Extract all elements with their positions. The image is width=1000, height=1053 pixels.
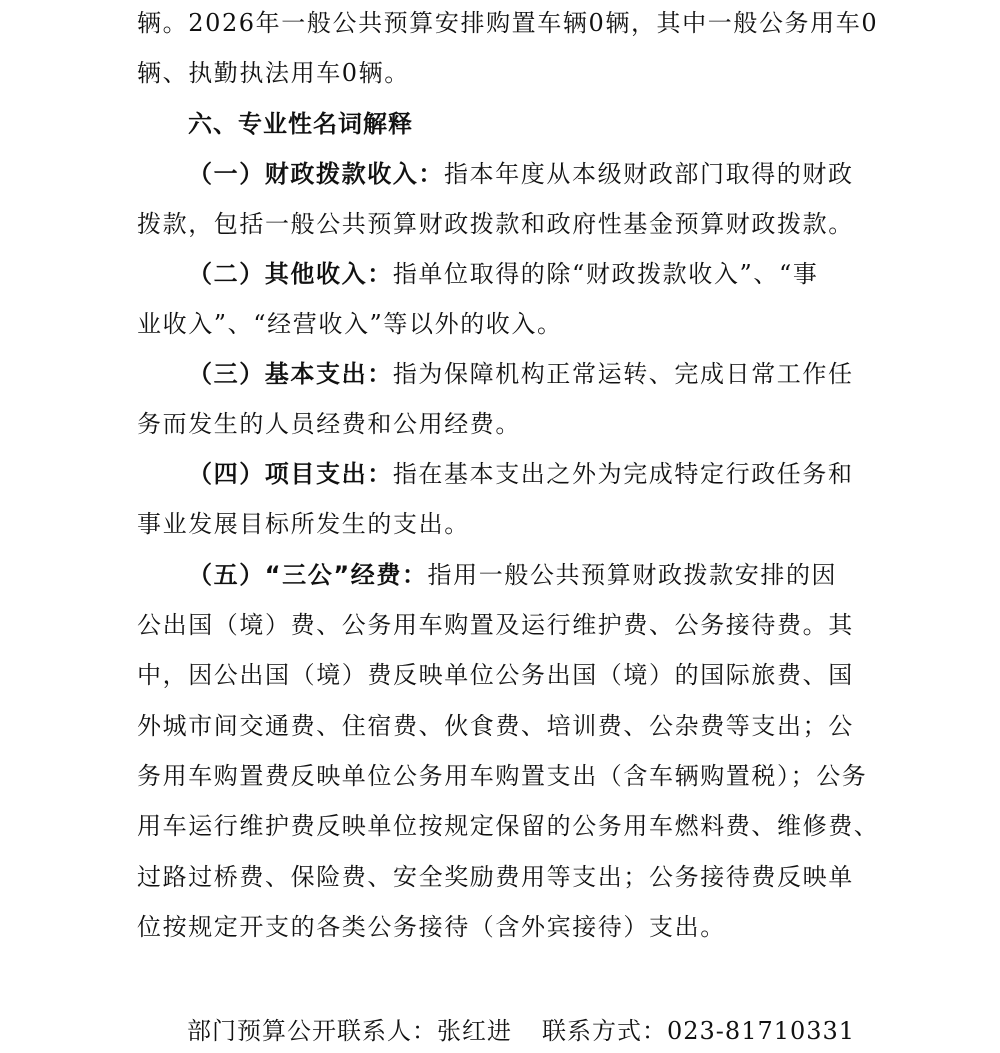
- term-item-3-first-line: （三）基本支出：指为保障机构正常运转、完成日常工作任: [188, 359, 854, 389]
- term-item-5-line-5: 务用车购置费反映单位公务用车购置支出（含车辆购置税）；公务: [137, 761, 867, 791]
- term-item-3-line-2: 务而发生的人员经费和公用经费。: [137, 409, 521, 439]
- term-item-5-first-line: （五）“三公”经费：指用一般公共预算财政拨款安排的因: [188, 560, 837, 590]
- term-item-1-line-2: 拨款，包括一般公共预算财政拨款和政府性基金预算财政拨款。: [137, 209, 854, 239]
- term-item-5-line-2: 公出国（境）费、公务用车购置及运行维护费、公务接待费。其: [137, 610, 854, 640]
- intro-line-2: 辆、执勤执法用车0辆。: [137, 58, 410, 88]
- term-item-5-line-8: 位按规定开支的各类公务接待（含外宾接待）支出。: [137, 912, 726, 942]
- term-definition: 指本年度从本级财政部门取得的财政: [444, 160, 854, 188]
- phone-label: 联系方式：: [542, 1017, 667, 1045]
- term-item-1-first-line: （一）财政拨款收入：指本年度从本级财政部门取得的财政: [188, 159, 854, 189]
- term-definition: 指在基本支出之外为完成特定行政任务和: [393, 460, 854, 488]
- intro-line-1: 辆。2026年一般公共预算安排购置车辆0辆，其中一般公务用车0: [137, 8, 878, 38]
- term-label: （五）“三公”经费：: [188, 561, 428, 589]
- term-item-5-line-4: 外城市间交通费、住宿费、伙食费、培训费、公杂费等支出；公: [137, 711, 854, 741]
- phone-number: 023-81710331: [667, 1017, 855, 1045]
- term-definition: 指用一般公共预算财政拨款安排的因: [428, 561, 838, 589]
- term-item-4-first-line: （四）项目支出：指在基本支出之外为完成特定行政任务和: [188, 459, 854, 489]
- section-heading: 六、专业性名词解释: [188, 109, 413, 139]
- term-definition: 指为保障机构正常运转、完成日常工作任: [393, 360, 854, 388]
- term-item-5-line-3: 中，因公出国（境）费反映单位公务出国（境）的国际旅费、国: [137, 660, 854, 690]
- term-item-2-first-line: （二）其他收入：指单位取得的除“财政拨款收入”、“事: [188, 259, 818, 289]
- term-item-2-line-2: 业收入”、“经营收入”等以外的收入。: [137, 309, 563, 339]
- term-label: （一）财政拨款收入：: [188, 160, 444, 188]
- term-item-4-line-2: 事业发展目标所发生的支出。: [137, 509, 470, 539]
- term-label: （二）其他收入：: [188, 260, 393, 288]
- term-item-5-line-7: 过路过桥费、保险费、安全奖励费用等支出；公务接待费反映单: [137, 862, 854, 892]
- term-label: （四）项目支出：: [188, 460, 393, 488]
- term-item-5-line-6: 用车运行维护费反映单位按规定保留的公务用车燃料费、维修费、: [137, 811, 879, 841]
- contact-label: 部门预算公开联系人：: [187, 1017, 437, 1045]
- term-definition: 指单位取得的除“财政拨款收入”、“事: [393, 260, 819, 288]
- term-label: （三）基本支出：: [188, 360, 393, 388]
- contact-footer: 部门预算公开联系人：张红进联系方式：023-81710331: [187, 1016, 855, 1046]
- contact-name: 张红进: [437, 1017, 512, 1045]
